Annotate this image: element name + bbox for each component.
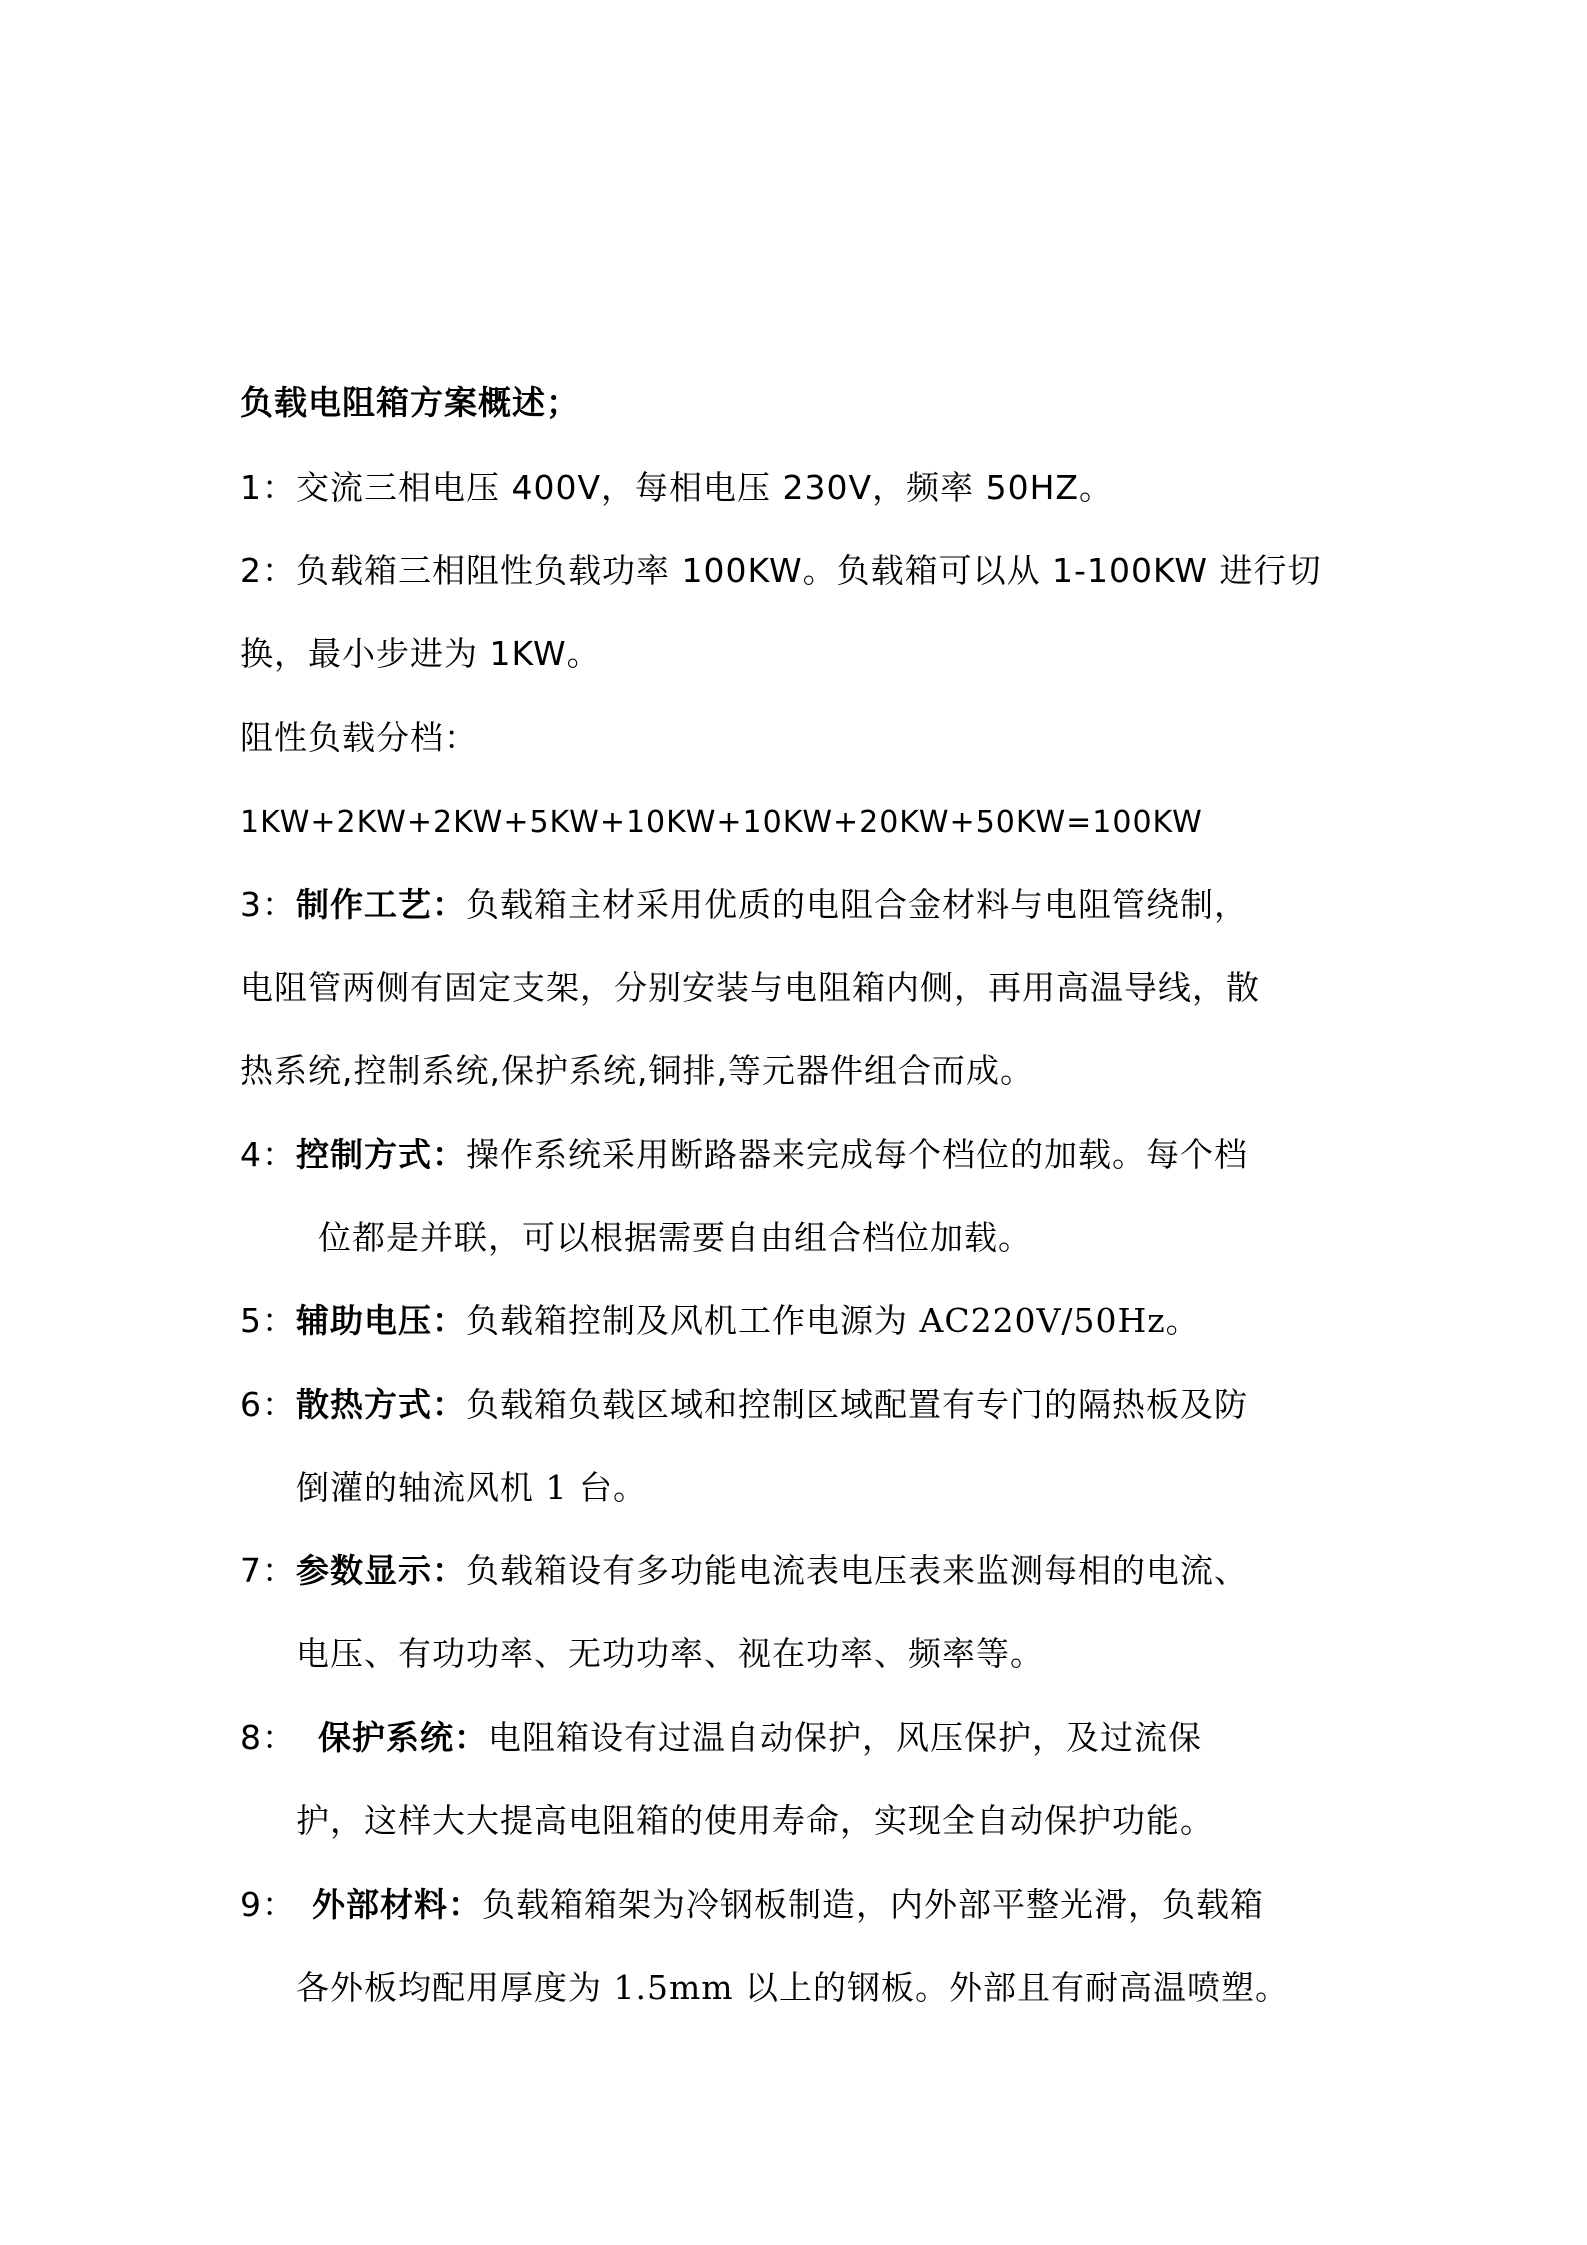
item-label: 散热方式： — [296, 1385, 466, 1424]
item-number: 9： — [240, 1885, 312, 1925]
item-8-cont: 护，这样大大提高电阻箱的使用寿命，实现全自动保护功能。 — [296, 1801, 1214, 1841]
item-number: 3： — [240, 885, 296, 925]
item-6-cont: 倒灌的轴流风机 1 台。 — [296, 1468, 647, 1508]
item-label: 制作工艺： — [296, 885, 466, 924]
item-number: 4： — [240, 1135, 296, 1175]
item-number: 7： — [240, 1551, 296, 1591]
item-label: 外部材料： — [312, 1885, 482, 1924]
item-label: 保护系统： — [318, 1718, 488, 1757]
item-4-cont: 位都是并联，可以根据需要自由组合档位加载。 — [318, 1218, 1032, 1258]
item-7: 7：参数显示：负载箱设有多功能电流表电压表来监测每相的电流、 — [240, 1551, 1248, 1591]
item-number: 5： — [240, 1301, 296, 1341]
load-steps-heading: 阻性负载分档： — [240, 718, 478, 758]
item-4: 4：控制方式：操作系统采用断路器来完成每个档位的加载。每个档 — [240, 1135, 1248, 1175]
document-title: 负载电阻箱方案概述； — [240, 383, 580, 423]
item-6: 6：散热方式：负载箱负载区域和控制区域配置有专门的隔热板及防 — [240, 1385, 1248, 1425]
item-2-cont: 换，最小步进为 1KW。 — [240, 634, 601, 674]
item-text: 负载箱三相阻性负载功率 100KW。负载箱可以从 1-100KW 进行切 — [296, 551, 1322, 590]
item-number: 6： — [240, 1385, 296, 1425]
item-text: 负载箱主材采用优质的电阻合金材料与电阻管绕制， — [466, 885, 1248, 924]
item-5: 5：辅助电压：负载箱控制及风机工作电源为 AC220V/50Hz。 — [240, 1301, 1200, 1341]
item-text: 负载箱箱架为冷钢板制造，内外部平整光滑，负载箱 — [482, 1885, 1264, 1924]
item-text: 操作系统采用断路器来完成每个档位的加载。每个档 — [466, 1135, 1248, 1174]
item-number: 8： — [240, 1718, 318, 1758]
item-9: 9：外部材料：负载箱箱架为冷钢板制造，内外部平整光滑，负载箱 — [240, 1885, 1264, 1925]
item-text: 负载箱设有多功能电流表电压表来监测每相的电流、 — [466, 1551, 1248, 1590]
item-7-cont: 电压、有功功率、无功功率、视在功率、频率等。 — [296, 1634, 1044, 1674]
item-3-cont-1: 电阻管两侧有固定支架，分别安装与电阻箱内侧，再用高温导线，散 — [240, 968, 1260, 1008]
item-text: 交流三相电压 400V，每相电压 230V，频率 50HZ。 — [296, 468, 1113, 507]
item-text: 负载箱负载区域和控制区域配置有专门的隔热板及防 — [466, 1385, 1248, 1424]
load-steps-formula: 1KW+2KW+2KW+5KW+10KW+10KW+20KW+50KW=100K… — [240, 803, 1203, 843]
item-number: 2： — [240, 551, 296, 591]
item-3: 3：制作工艺：负载箱主材采用优质的电阻合金材料与电阻管绕制， — [240, 885, 1248, 925]
item-2: 2：负载箱三相阻性负载功率 100KW。负载箱可以从 1-100KW 进行切 — [240, 551, 1322, 591]
item-label: 控制方式： — [296, 1135, 466, 1174]
item-3-cont-2: 热系统,控制系统,保护系统,铜排,等元器件组合而成。 — [240, 1051, 1034, 1091]
item-8: 8：保护系统：电阻箱设有过温自动保护，风压保护，及过流保 — [240, 1718, 1202, 1758]
item-label: 辅助电压： — [296, 1301, 466, 1340]
item-text: 负载箱控制及风机工作电源为 AC220V/50Hz。 — [466, 1301, 1200, 1340]
item-label: 参数显示： — [296, 1551, 466, 1590]
item-number: 1： — [240, 468, 296, 508]
item-9-cont: 各外板均配用厚度为 1.5mm 以上的钢板。外部且有耐高温喷塑。 — [296, 1968, 1289, 2008]
item-text: 电阻箱设有过温自动保护，风压保护，及过流保 — [488, 1718, 1202, 1757]
item-1: 1：交流三相电压 400V，每相电压 230V，频率 50HZ。 — [240, 468, 1113, 508]
